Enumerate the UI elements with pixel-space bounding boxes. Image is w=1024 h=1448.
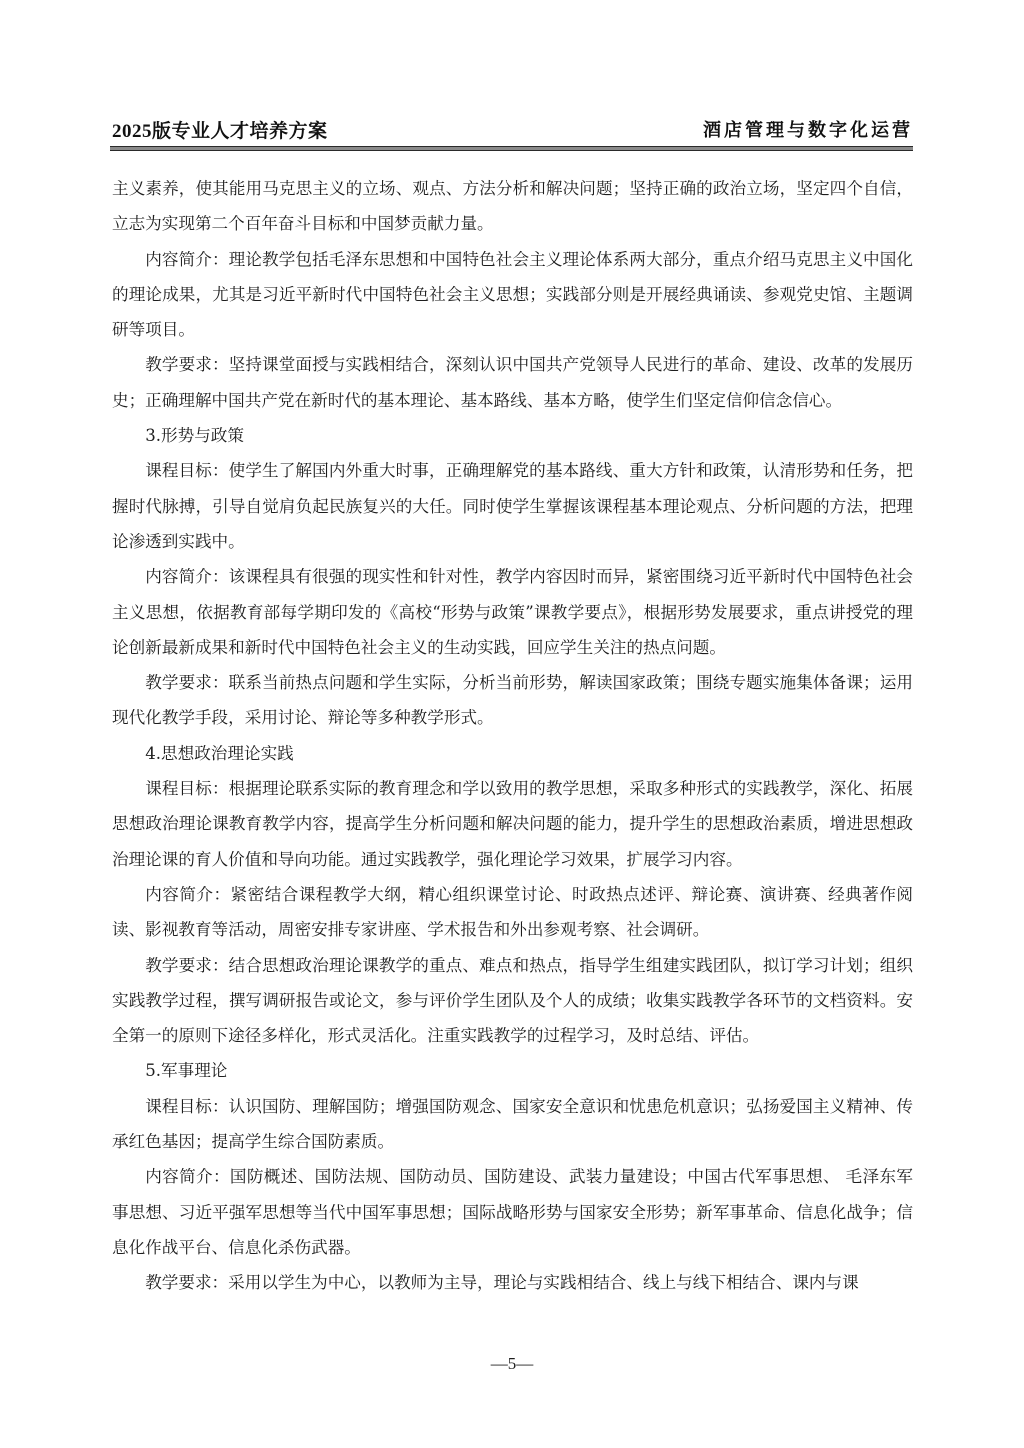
section-heading-ideological-practice: 4.思想政治理论实践: [112, 736, 913, 771]
paragraph-teaching-requirements: 教学要求：坚持课堂面授与实践相结合，深刻认识中国共产党领导人民进行的革命、建设、…: [112, 347, 913, 418]
header-divider: [110, 146, 913, 151]
paragraph-course-objective: 课程目标：使学生了解国内外重大时事，正确理解党的基本路线、重大方针和政策，认清形…: [112, 453, 913, 559]
paragraph-course-objective: 课程目标：根据理论联系实际的教育理念和学以致用的教学思想，采取多种形式的实践教学…: [112, 771, 913, 877]
page-number: —5—: [0, 1354, 1024, 1374]
paragraph-content-intro: 内容简介：国防概述、国防法规、国防动员、国防建设、武装力量建设；中国古代军事思想…: [112, 1159, 913, 1265]
paragraph-continuation: 主义素养，使其能用马克思主义的立场、观点、方法分析和解决问题；坚持正确的政治立场…: [112, 171, 913, 242]
paragraph-teaching-requirements: 教学要求：结合思想政治理论课教学的重点、难点和热点，指导学生组建实践团队，拟订学…: [112, 948, 913, 1054]
page-header: 2025版专业人才培养方案 酒店管理与数字化运营: [112, 116, 913, 142]
section-heading-situation-policy: 3.形势与政策: [112, 418, 913, 453]
paragraph-content-intro: 内容简介：该课程具有很强的现实性和针对性，教学内容因时而异，紧密围绕习近平新时代…: [112, 559, 913, 665]
paragraph-content-intro: 内容简介：紧密结合课程教学大纲，精心组织课堂讨论、时政热点述评、辩论赛、演讲赛、…: [112, 877, 913, 948]
paragraph-teaching-requirements: 教学要求：采用以学生为中心，以教师为主导，理论与实践相结合、线上与线下相结合、课…: [112, 1265, 913, 1300]
paragraph-course-objective: 课程目标：认识国防、理解国防；增强国防观念、国家安全意识和忧患危机意识；弘扬爱国…: [112, 1089, 913, 1160]
program-title: 酒店管理与数字化运营: [703, 116, 913, 142]
paragraph-teaching-requirements: 教学要求：联系当前热点问题和学生实际，分析当前形势，解读国家政策；围绕专题实施集…: [112, 665, 913, 736]
document-body: 主义素养，使其能用马克思主义的立场、观点、方法分析和解决问题；坚持正确的政治立场…: [112, 171, 913, 1301]
paragraph-content-intro: 内容简介：理论教学包括毛泽东思想和中国特色社会主义理论体系两大部分，重点介绍马克…: [112, 242, 913, 348]
document-title: 2025版专业人才培养方案: [112, 116, 328, 143]
section-heading-military-theory: 5.军事理论: [112, 1053, 913, 1088]
